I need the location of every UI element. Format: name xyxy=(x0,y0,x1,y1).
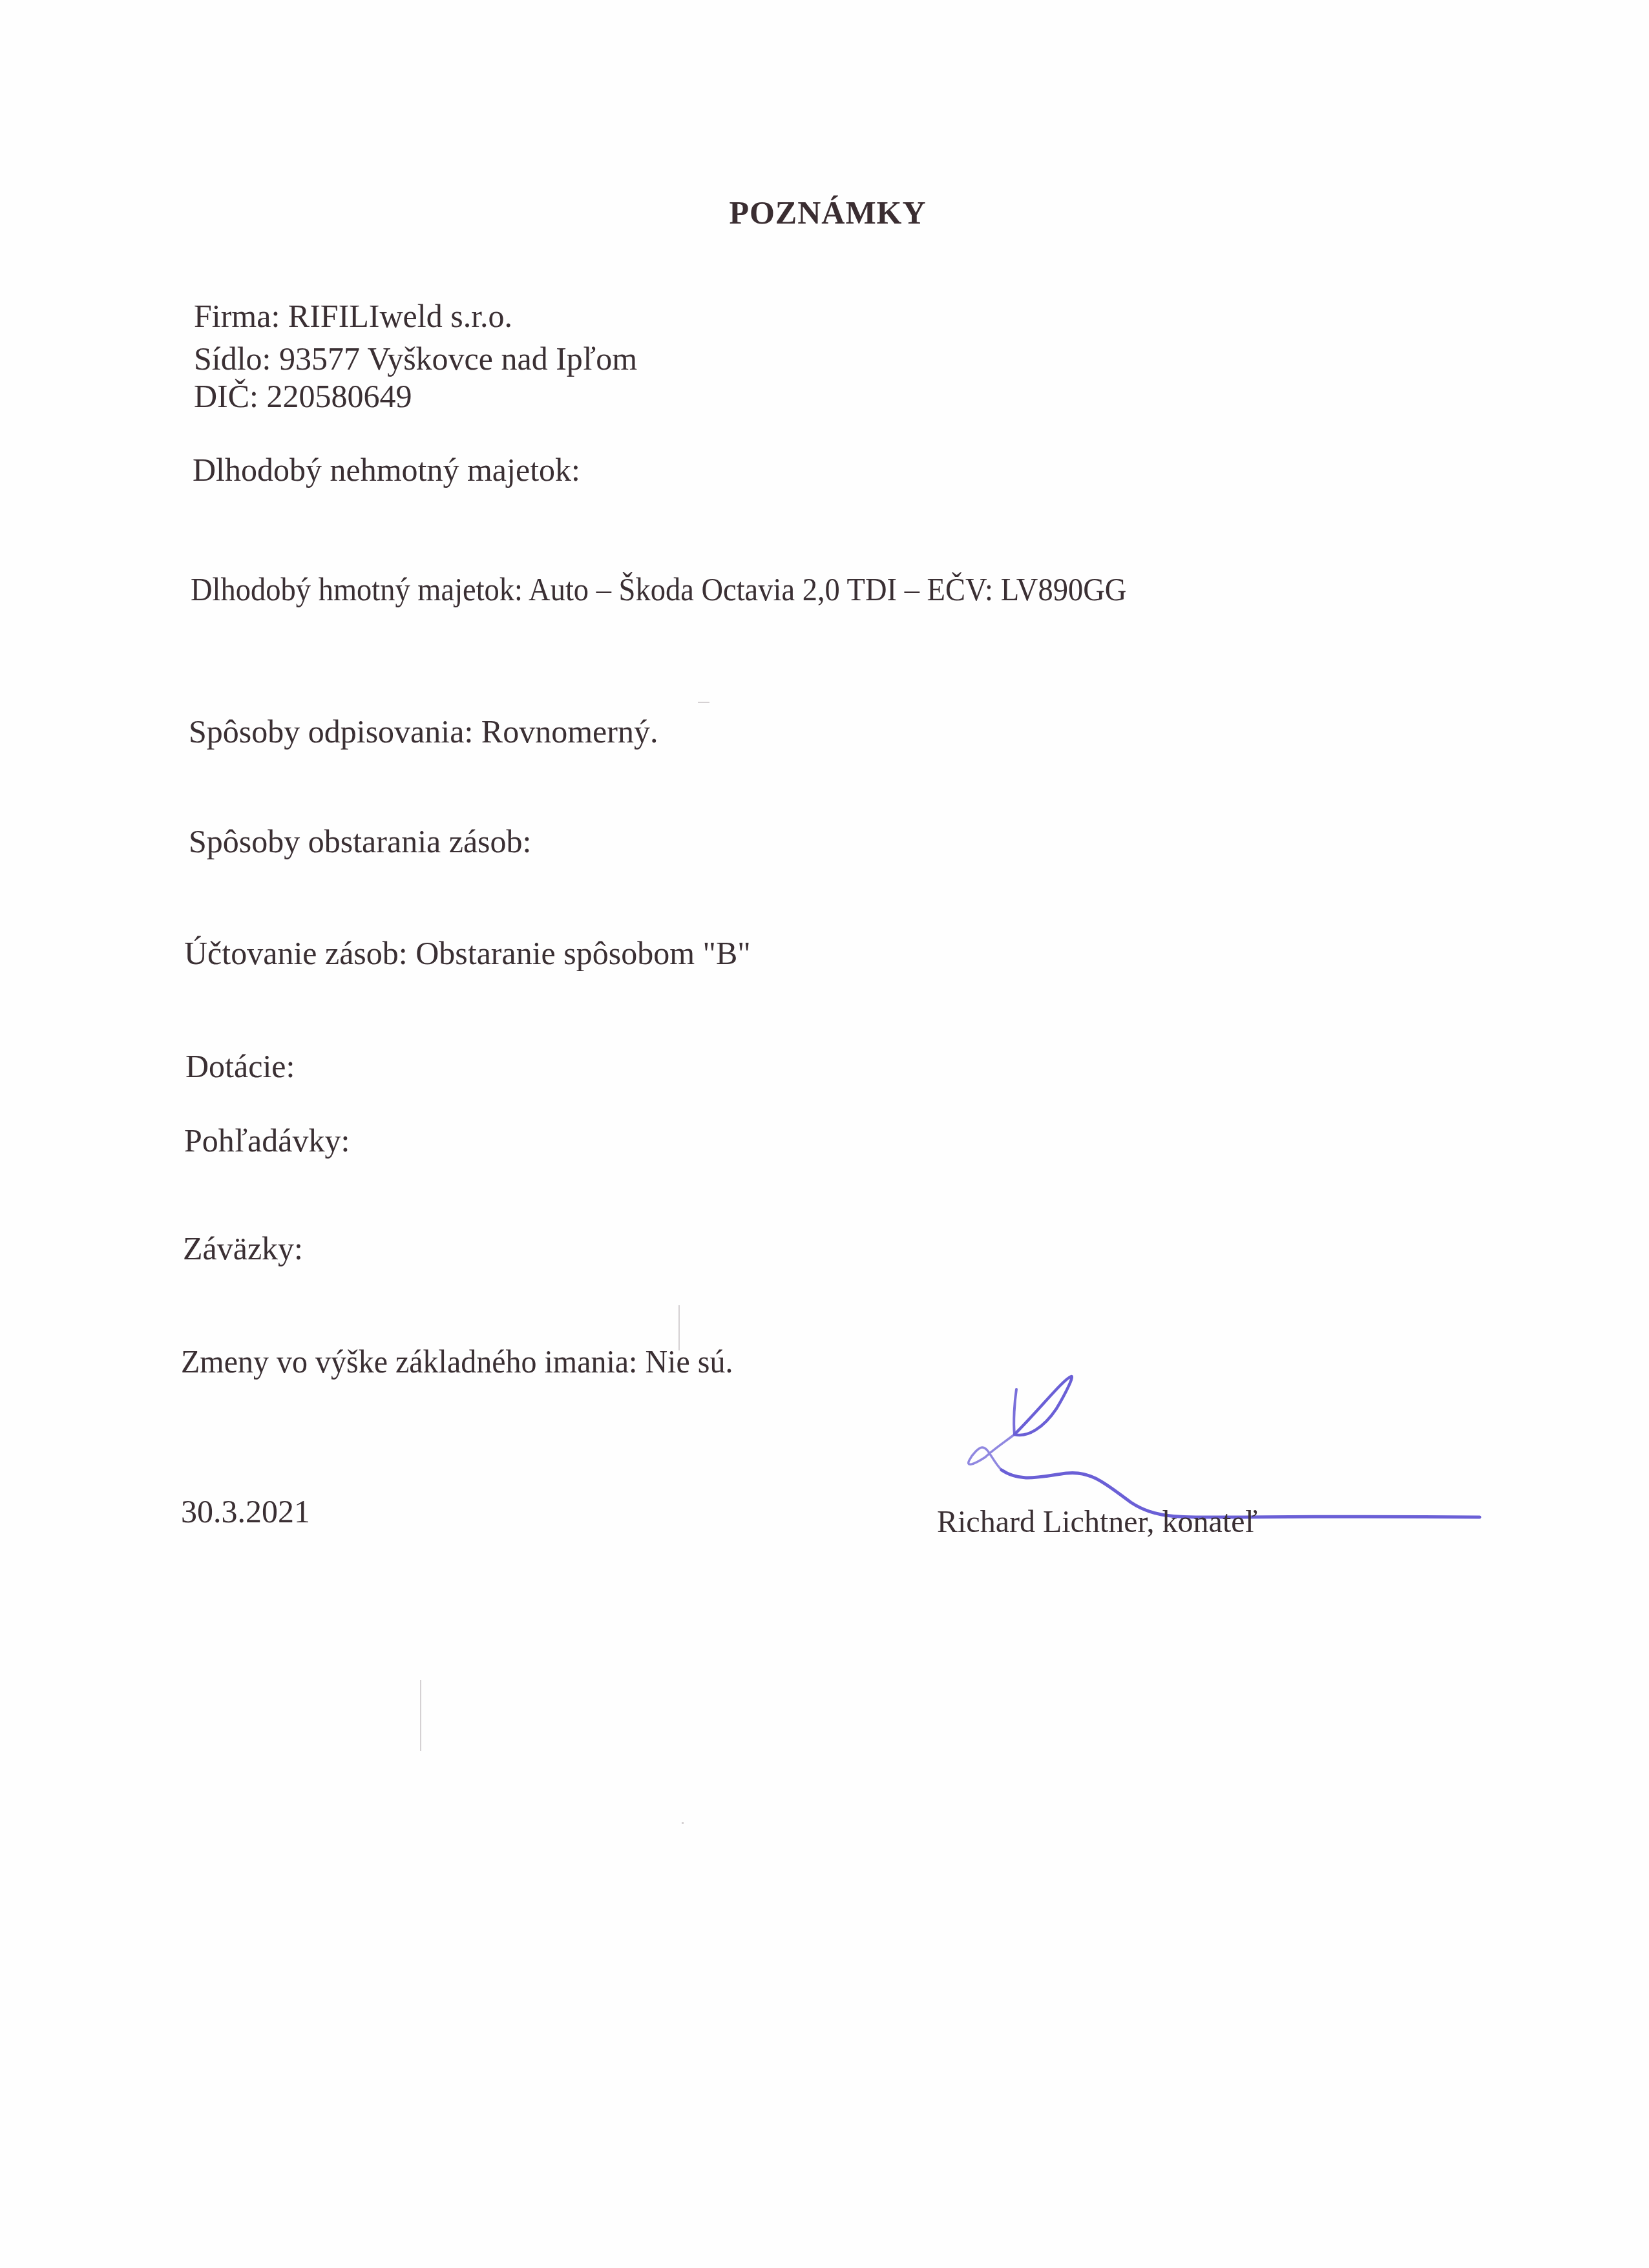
section-inventory-accounting: Účtovanie zásob: Obstaranie spôsobom "B" xyxy=(184,936,751,971)
section-value: Nie sú. xyxy=(645,1343,733,1380)
section-label: Záväzky: xyxy=(183,1230,303,1266)
section-depreciation: Spôsoby odpisovania: Rovnomerný. xyxy=(189,714,658,750)
section-label: Zmeny vo výške základného imania: xyxy=(181,1343,637,1380)
section-subsidies: Dotácie: xyxy=(185,1049,295,1084)
scan-artifact xyxy=(678,1305,680,1350)
company-tax-id: DIČ: 220580649 xyxy=(194,379,412,414)
company-seat: Sídlo: 93577 Vyškovce nad Ipľom xyxy=(194,341,637,377)
section-tangible-assets: Dlhodobý hmotný majetok: Auto – Škoda Oc… xyxy=(191,572,1197,607)
section-intangible-assets: Dlhodobý nehmotný majetok: xyxy=(193,452,580,488)
section-inventory-acquisition: Spôsoby obstarania zásob: xyxy=(189,824,531,859)
scan-artifact xyxy=(698,702,709,703)
company-firm: Firma: RIFILIweld s.r.o. xyxy=(194,299,512,334)
section-receivables: Pohľadávky: xyxy=(184,1123,350,1159)
section-label: Dotácie: xyxy=(185,1048,295,1084)
document-page: POZNÁMKY Firma: RIFILIweld s.r.o. Sídlo:… xyxy=(0,0,1649,2268)
scan-artifact xyxy=(420,1680,421,1751)
section-label: Pohľadávky: xyxy=(184,1122,350,1159)
section-liabilities: Záväzky: xyxy=(183,1231,303,1266)
document-date: 30.3.2021 xyxy=(181,1494,310,1529)
signatory-name: Richard Lichtner, konateľ xyxy=(937,1504,1257,1540)
section-label: Dlhodobý hmotný majetok: xyxy=(191,571,523,607)
page-title: POZNÁMKY xyxy=(0,194,1649,231)
section-capital-changes: Zmeny vo výške základného imania: Nie sú… xyxy=(181,1344,756,1380)
section-label: Spôsoby obstarania zásob: xyxy=(189,823,531,859)
section-label: Účtovanie zásob: xyxy=(184,935,408,971)
section-label: Spôsoby odpisovania: xyxy=(189,713,473,750)
section-value: Obstaranie spôsobom "B" xyxy=(415,935,751,971)
scan-artifact xyxy=(682,1822,684,1824)
section-value: Rovnomerný. xyxy=(481,713,658,750)
section-value: Auto – Škoda Octavia 2,0 TDI – EČV: LV89… xyxy=(529,571,1126,607)
section-label: Dlhodobý nehmotný majetok: xyxy=(193,452,580,488)
